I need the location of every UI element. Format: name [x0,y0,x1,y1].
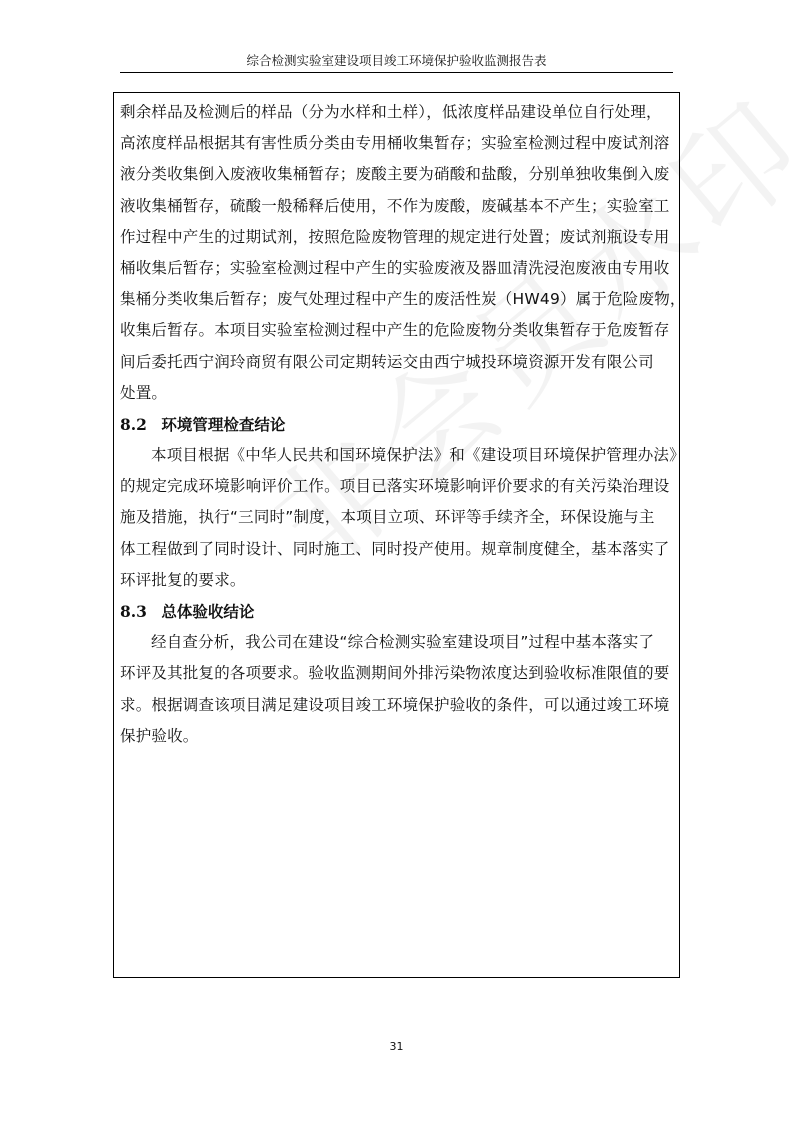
section-title: 环境管理检查结论 [161,415,285,434]
section-title: 总体验收结论 [161,602,254,621]
text-line: 高浓度样品根据其有害性质分类由专用桶收集暂存；实验室检测过程中废试剂溶 [120,128,673,159]
text-line: 作过程中产生的过期试剂，按照危险废物管理的规定进行处置；废试剂瓶设专用 [120,222,673,253]
text-line: 本项目根据《中华人民共和国环境保护法》和《建设项目环境保护管理办法》 [120,440,673,471]
section-heading-8-3: 8.3 总体验收结论 [120,596,673,627]
text-line: 环评及其批复的各项要求。验收监测期间外排污染物浓度达到验收标准限值的要 [120,658,673,689]
text-line: 桶收集后暂存；实验室检测过程中产生的实验废液及器皿清洗浸泡废液由专用收 [120,253,673,284]
text-line: 液收集桶暂存，硫酸一般稀释后使用，不作为废酸，废碱基本不产生；实验室工 [120,191,673,222]
text-line: 间后委托西宁润玲商贸有限公司定期转运交由西宁城投环境资源开发有限公司 [120,347,673,378]
section-number: 8.3 [120,596,156,627]
report-title: 综合检测实验室建设项目竣工环境保护验收监测报告表 [246,53,546,68]
section-number: 8.2 [120,409,156,440]
paragraph-overall-conclusion: 经自查分析，我公司在建设“综合检测实验室建设项目”过程中基本落实了 环评及其批复… [120,627,673,752]
paragraph-management-conclusion: 本项目根据《中华人民共和国环境保护法》和《建设项目环境保护管理办法》 的规定完成… [120,440,673,596]
section-heading-8-2: 8.2 环境管理检查结论 [120,409,673,440]
page-number: 31 [0,1040,793,1053]
text-line: 处置。 [120,378,673,409]
text-line: 剩余样品及检测后的样品（分为水样和土样），低浓度样品建设单位自行处理， [120,97,673,128]
text-line: 的规定完成环境影响评价工作。项目已落实环境影响评价要求的有关污染治理设 [120,471,673,502]
text-line: 环评批复的要求。 [120,565,673,596]
running-header: 综合检测实验室建设项目竣工环境保护验收监测报告表 [120,52,673,73]
content-box: 剩余样品及检测后的样品（分为水样和土样），低浓度样品建设单位自行处理， 高浓度样… [113,92,680,978]
text-line: 收集后暂存。本项目实验室检测过程中产生的危险废物分类收集暂存于危废暂存 [120,315,673,346]
text-line: 体工程做到了同时设计、同时施工、同时投产使用。规章制度健全，基本落实了 [120,534,673,565]
text-line: 集桶分类收集后暂存；废气处理过程中产生的废活性炭（HW49）属于危险废物， [120,284,673,315]
text-line: 施及措施，执行“三同时”制度，本项目立项、环评等手续齐全，环保设施与主 [120,502,673,533]
text-line: 求。根据调查该项目满足建设项目竣工环境保护验收的条件，可以通过竣工环境 [120,690,673,721]
text-line: 经自查分析，我公司在建设“综合检测实验室建设项目”过程中基本落实了 [120,627,673,658]
text-line: 液分类收集倒入废液收集桶暂存；废酸主要为硝酸和盐酸，分别单独收集倒入废 [120,159,673,190]
paragraph-waste-handling: 剩余样品及检测后的样品（分为水样和土样），低浓度样品建设单位自行处理， 高浓度样… [120,97,673,409]
text-line: 保护验收。 [120,721,673,752]
